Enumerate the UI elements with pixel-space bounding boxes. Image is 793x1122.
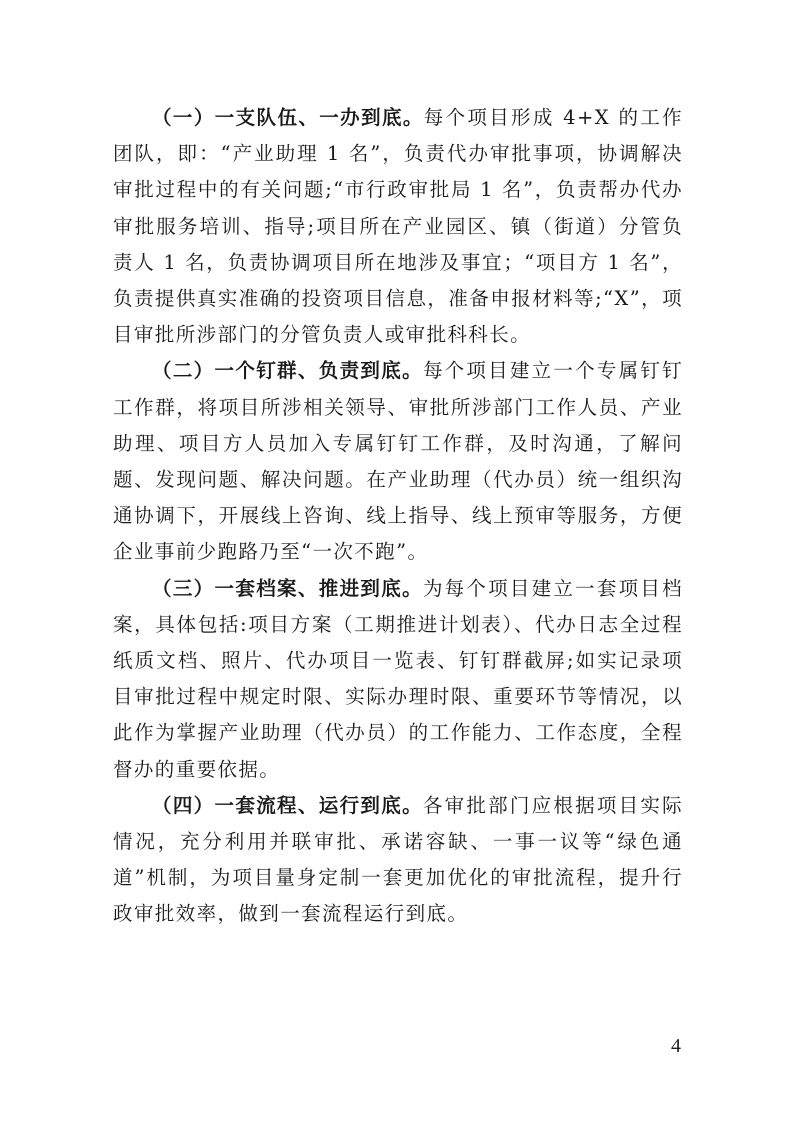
paragraph-one-archive: （三）一套档案、推进到底。为每个项目建立一套项目档案，具体包括:项目方案（工期推… [113, 571, 683, 788]
paragraph-text: 为每个项目建立一套项目档案，具体包括:项目方案（工期推进计划表）、代办日志全过程… [113, 577, 683, 781]
document-body: （一）一支队伍、一办到底。每个项目形成 4+X 的工作团队，即：“产业助理 1 … [113, 100, 683, 933]
paragraph-one-dingtalk-group: （二）一个钉群、负责到底。每个项目建立一个专属钉钉工作群，将项目所涉相关领导、审… [113, 353, 683, 570]
paragraph-heading: （三）一套档案、推进到底。 [152, 577, 423, 600]
paragraph-text: 每个项目建立一个专属钉钉工作群，将项目所涉相关领导、审批所涉部门工作人员、产业助… [113, 359, 683, 563]
paragraph-heading: （四）一套流程、运行到底。 [152, 794, 423, 817]
paragraph-one-team: （一）一支队伍、一办到底。每个项目形成 4+X 的工作团队，即：“产业助理 1 … [113, 100, 683, 353]
paragraph-heading: （二）一个钉群、负责到底。 [152, 359, 423, 382]
page-number: 4 [671, 1035, 681, 1058]
document-page: （一）一支队伍、一办到底。每个项目形成 4+X 的工作团队，即：“产业助理 1 … [0, 0, 793, 1122]
paragraph-heading: （一）一支队伍、一办到底。 [152, 106, 424, 129]
paragraph-one-process: （四）一套流程、运行到底。各审批部门应根据项目实际情况，充分利用并联审批、承诺容… [113, 788, 683, 933]
paragraph-text: 每个项目形成 4+X 的工作团队，即：“产业助理 1 名”，负责代办审批事项，协… [113, 106, 683, 346]
